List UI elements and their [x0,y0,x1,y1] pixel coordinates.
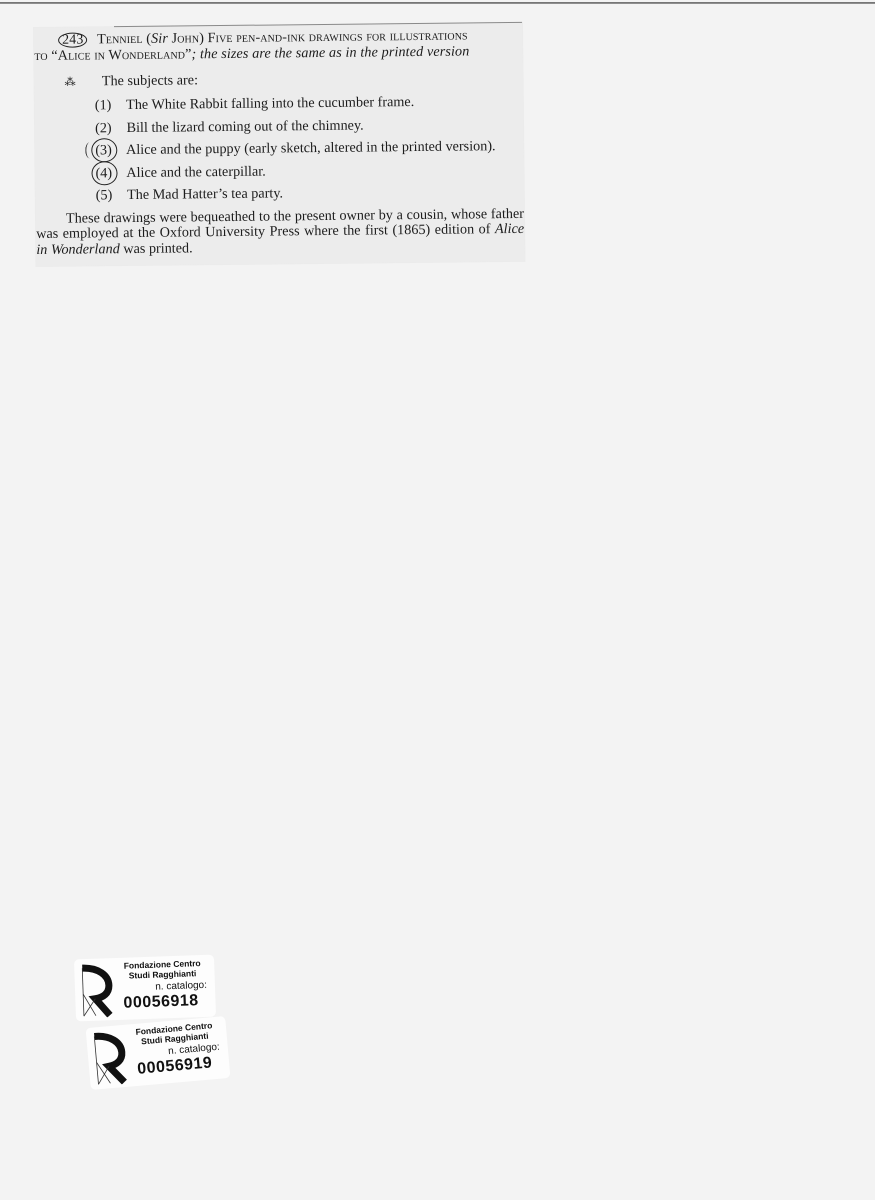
subjects-intro: ⁂ The subjects are: [34,69,522,91]
lot-number-circled: 243 [58,32,87,47]
page-top-edge [0,2,875,4]
provenance-text: These drawings were bequeathed to the pr… [36,205,524,242]
provenance-text-end: was printed. [120,240,193,257]
subject-number-circled: (3) [95,141,123,159]
subject-text: Bill the lizard coming out of the chimne… [127,117,364,135]
ragghianti-logo-icon [90,1030,131,1087]
subjects-intro-text: The subjects are: [102,72,198,89]
artist-name: Tenniel [97,31,143,47]
subject-number-circled: (4) [95,164,123,182]
subject-text: Alice and the puppy (early sketch, alter… [126,138,496,158]
catalogue-clipping: 243 Tenniel (Sir John) Five pen-and-ink … [34,23,524,266]
list-item: (5) The Mad Hatter’s tea party. [96,182,524,209]
catalogue-sticker: Fondazione Centro Studi Ragghianti n. ca… [74,955,216,1022]
catalogue-number: 00056919 [137,1054,213,1078]
provenance-paragraph: These drawings were bequeathed to the pr… [36,206,524,258]
subject-text: The Mad Hatter’s tea party. [127,185,283,203]
org-line-2: Studi Ragghianti [114,968,210,981]
asterism-icon: ⁂ [64,74,98,90]
catalogue-label: n. catalogo: [168,1042,220,1057]
catalogue-label: n. catalogo: [155,980,207,993]
catalogue-entry: 243 Tenniel (Sir John) Five pen-and-ink … [34,27,524,272]
artist-first-name: John [171,30,199,46]
work-title: “Alice in Wonderland” [51,46,191,63]
heading-prefix: to [34,48,48,64]
sticker-organization: Fondazione Centro Studi Ragghianti [114,958,211,981]
ragghianti-logo-icon [78,963,116,1018]
artist-honorific: Sir [151,31,168,47]
subject-number: (2) [95,119,123,137]
subject-number: (1) [95,96,123,114]
subject-number: (5) [96,186,124,204]
catalogue-sticker: Fondazione Centro Studi Ragghianti n. ca… [86,1016,231,1090]
subject-text: Alice and the caterpillar. [126,163,266,180]
heading-note: ; the sizes are the same as in the print… [191,43,469,62]
subject-list: (1) The White Rabbit falling into the cu… [35,92,524,210]
subject-text: The White Rabbit falling into the cucumb… [126,94,414,113]
catalogue-number: 00056918 [123,992,199,1013]
